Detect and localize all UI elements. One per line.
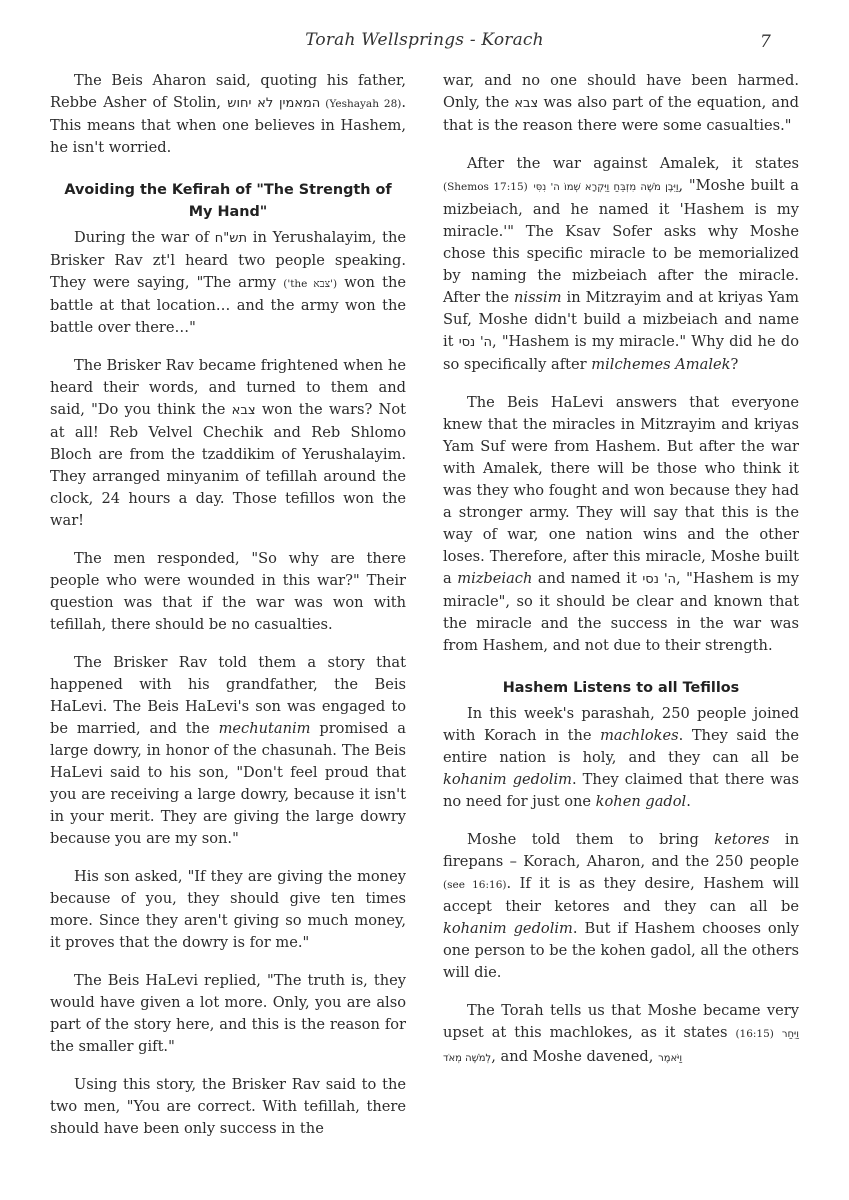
paragraph: Using this story, the Brisker Rav said t… [50,1074,406,1140]
section-heading: Avoiding the Kefirah of "The Strength of… [50,179,406,223]
source-citation: (16:15) [735,1028,773,1040]
hebrew-text: תש"ח [215,231,247,246]
paragraph: His son asked, "If they are giving the m… [50,866,406,954]
text-run: After the war against Amalek, it states [467,155,799,172]
hebrew-text: המאמין לא יחוש [227,96,320,111]
hebrew-text: צבא [514,96,538,111]
text-run: The Beis HaLevi answers that everyone kn… [443,394,799,587]
text-run: won the wars? Not at all! Reb Velvel Che… [50,401,406,529]
text-run: , and Moshe davened, [491,1048,658,1065]
source-citation: (Yeshayah 28) [320,98,401,110]
italic-term: machlokes [600,727,679,744]
source-citation: ('the צבא') [283,278,337,290]
paragraph: The Torah tells us that Moshe became ver… [443,1000,799,1070]
text-run: promised a large dowry, in honor of the … [50,720,406,847]
text-run: ? [731,356,739,373]
italic-term: ketores [714,831,769,848]
text-run: The Beis HaLevi replied, "The truth is, … [50,972,406,1055]
paragraph: The Beis HaLevi replied, "The truth is, … [50,970,406,1058]
italic-term: milchemes Amalek [591,356,730,373]
section-heading: Hashem Listens to all Tefillos [443,677,799,699]
hebrew-text: ה' נסי [459,335,492,350]
italic-term: nissim [514,289,562,306]
hebrew-text: ה' נסי [642,572,676,587]
source-citation: (Shemos 17:15) [443,181,528,193]
right-column: war, and no one should have been harmed.… [443,70,799,1086]
hebrew-text: צבא [232,403,256,418]
paragraph: After the war against Amalek, it states … [443,153,799,376]
paragraph: The Brisker Rav became frightened when h… [50,355,406,532]
page-header: Torah Wellsprings - Korach 7 [0,30,849,56]
paragraph: war, and no one should have been harmed.… [443,70,799,137]
document-page: Torah Wellsprings - Korach 7 The Beis Ah… [0,0,849,1200]
paragraph: Moshe told them to bring ketores in fire… [443,829,799,984]
italic-term: kohanim gedolim [443,771,572,788]
text-run: The men responded, "So why are there peo… [50,550,406,633]
paragraph: During the war of תש"ח in Yerushalayim, … [50,227,406,339]
text-run: , "Moshe built a mizbeiach, and he named… [443,177,799,306]
paragraph: The Beis Aharon said, quoting his father… [50,70,406,159]
italic-term: kohanim gedolim [443,920,573,937]
text-run: . [686,793,691,810]
hebrew-text: וַיֹּאמֶר [658,1053,682,1064]
running-title: Torah Wellsprings - Korach [0,30,849,50]
source-citation: (see 16:16) [443,879,506,891]
text-run: His son asked, "If they are giving the m… [50,868,406,951]
text-run: Using this story, the Brisker Rav said t… [50,1076,406,1137]
italic-term: mechutanim [219,720,311,737]
italic-term: kohen gadol [596,793,687,810]
paragraph: The Brisker Rav told them a story that h… [50,652,406,850]
page-number: 7 [760,32,771,52]
text-run [774,1024,782,1041]
text-run: During the war of [74,229,215,246]
paragraph: The Beis HaLevi answers that everyone kn… [443,392,799,657]
hebrew-text: וַיִּבֶן מֹשֶׁה מִזְבֵּחַ וַיִּקְרָא שְׁ… [533,182,678,193]
text-run: Moshe told them to bring [467,831,714,848]
italic-term: mizbeiach [457,570,532,587]
paragraph: In this week's parashah, 250 people join… [443,703,799,813]
paragraph: The men responded, "So why are there peo… [50,548,406,636]
text-run: and named it [532,570,642,587]
left-column: The Beis Aharon said, quoting his father… [50,70,406,1156]
